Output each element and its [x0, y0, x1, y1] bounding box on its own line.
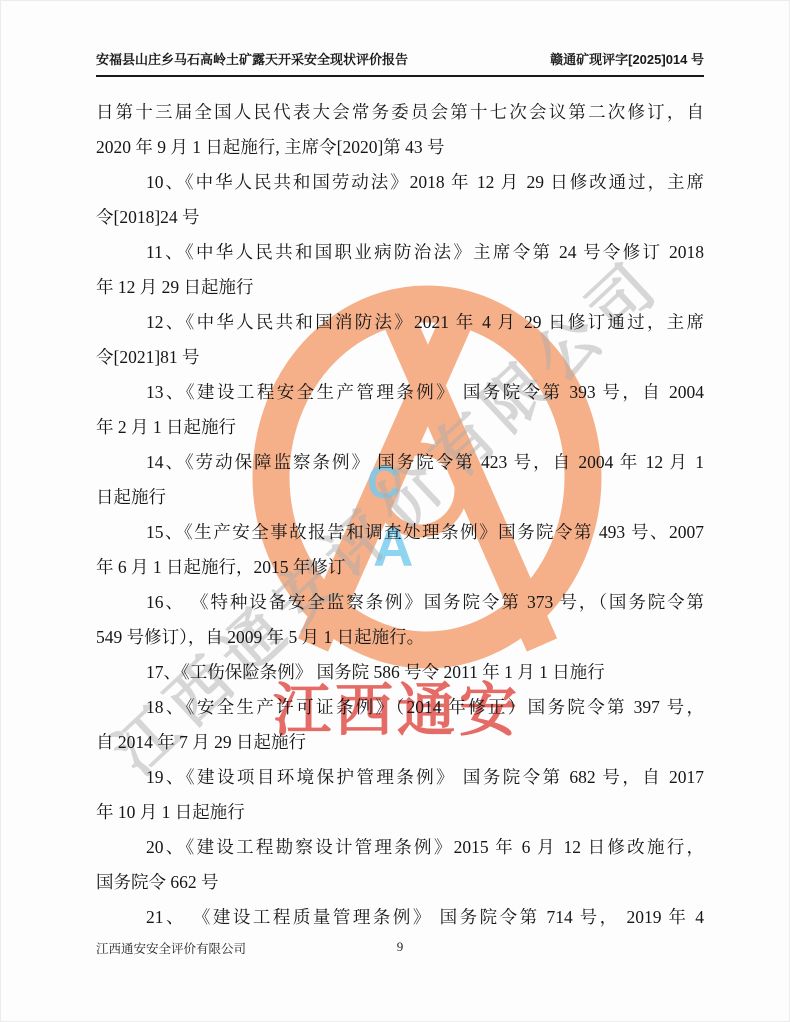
page-content: 安福县山庄乡马石高岭土矿露天开采安全现状评价报告 赣通矿现评字[2025]014…	[1, 1, 789, 1021]
body-line: 19、《建设项目环境保护管理条例》 国务院令第 682 号，自 2017	[96, 760, 704, 795]
footer-page-number: 9	[96, 939, 704, 955]
body-line: 16、 《特种设备安全监察条例》国务院令第 373 号，（国务院令第	[96, 585, 704, 620]
body-line: 20、《建设工程勘察设计管理条例》2015 年 6 月 12 日修改施行，	[96, 830, 704, 865]
body-line: 令[2021]81 号	[96, 340, 704, 375]
report-title: 安福县山庄乡马石高岭土矿露天开采安全现状评价报告	[96, 49, 408, 68]
body-line: 549 号修订），自 2009 年 5 月 1 日起施行。	[96, 620, 704, 655]
body-line: 日第十三届全国人民代表大会常务委员会第十七次会议第二次修订，自	[96, 95, 704, 130]
body-line: 15、《生产安全事故报告和调查处理条例》国务院令第 493 号、2007	[96, 515, 704, 550]
body-line: 自 2014 年 7 月 29 日起施行	[96, 725, 704, 760]
body-line: 17、《工伤保险条例》 国务院 586 号令 2011 年 1 月 1 日施行	[96, 655, 704, 690]
body-line: 14、《劳动保障监察条例》 国务院令第 423 号，自 2004 年 12 月 …	[96, 445, 704, 480]
body-line: 年 10 月 1 日起施行	[96, 795, 704, 830]
doc-number: 赣通矿现评字[2025]014 号	[550, 49, 704, 68]
body-line: 年 2 月 1 日起施行	[96, 410, 704, 445]
body-line: 国务院令 662 号	[96, 865, 704, 900]
document-page: C A 江西通安评价有限公司 江西通安 安福县山庄乡马石高岭土矿露天开采安全现状…	[0, 0, 790, 1022]
body-line: 日起施行	[96, 480, 704, 515]
body-line: 年 12 月 29 日起施行	[96, 270, 704, 305]
body-line: 2020 年 9 月 1 日起施行, 主席令[2020]第 43 号	[96, 130, 704, 165]
body-text: 日第十三届全国人民代表大会常务委员会第十七次会议第二次修订，自2020 年 9 …	[96, 95, 704, 935]
body-line: 年 6 月 1 日起施行，2015 年修订	[96, 550, 704, 585]
body-line: 21、 《建设工程质量管理条例》 国务院令第 714 号， 2019 年 4	[96, 900, 704, 935]
body-line: 令[2018]24 号	[96, 200, 704, 235]
body-line: 18、《安全生产许可证条例》（2014 年修正）国务院令第 397 号，	[96, 690, 704, 725]
body-line: 10、《中华人民共和国劳动法》2018 年 12 月 29 日修改通过，主席	[96, 165, 704, 200]
body-line: 13、《建设工程安全生产管理条例》 国务院令第 393 号，自 2004	[96, 375, 704, 410]
page-header: 安福县山庄乡马石高岭土矿露天开采安全现状评价报告 赣通矿现评字[2025]014…	[96, 49, 704, 77]
body-line: 12、《中华人民共和国消防法》2021 年 4 月 29 日修订通过，主席	[96, 305, 704, 340]
body-line: 11、《中华人民共和国职业病防治法》主席令第 24 号令修订 2018	[96, 235, 704, 270]
